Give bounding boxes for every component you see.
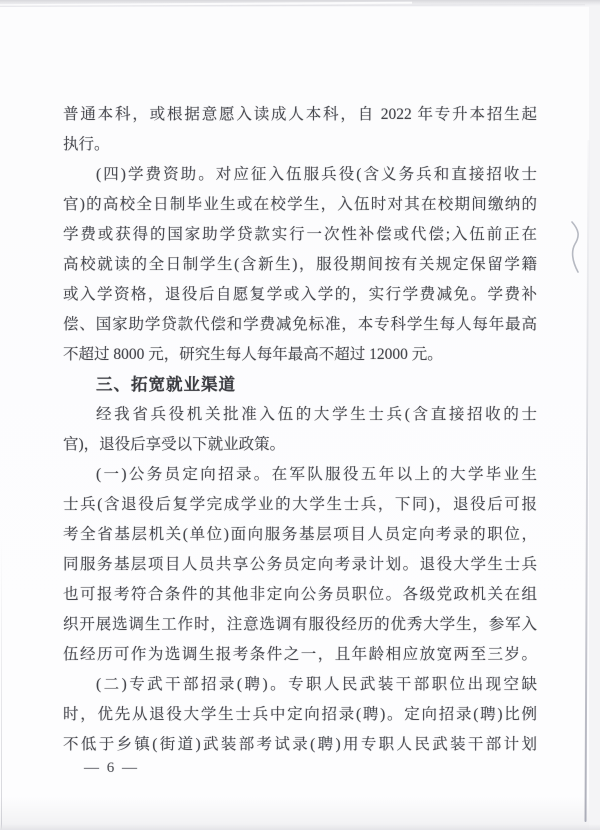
- document-line: 士兵(含退役后复学完成学业的大学生士兵，下同)，退役后可报: [63, 490, 537, 520]
- document-line: 普通本科，或根据意愿入读成人本科，自 2022 年专升本招生起: [63, 100, 537, 130]
- scan-bottom-edge: [0, 824, 600, 830]
- document-line: 偿、国家助学贷款代偿和学费减免标准，本专科学生每人每年最高: [63, 310, 537, 340]
- document-line: 时，优先从退役大学生士兵中定向招录(聘)。定向招录(聘)比例: [63, 700, 537, 730]
- scanned-document-page: 普通本科，或根据意愿入读成人本科，自 2022 年专升本招生起执行。(四)学费资…: [0, 0, 600, 830]
- document-line: 执行。: [63, 130, 537, 160]
- document-line: (一)公务员定向招录。在军队服役五年以上的大学毕业生: [63, 460, 537, 490]
- document-line: 考全省基层机关(单位)面向服务基层项目人员定向考录的职位，: [63, 520, 537, 550]
- page-left-edge-line: [1, 540, 2, 830]
- document-line: 官)，退役后享受以下就业政策。: [63, 430, 537, 460]
- scan-crease-mark: [570, 220, 584, 274]
- document-line: 同服务基层项目人员共享公务员定向考录计划。退役大学生士兵: [63, 550, 537, 580]
- page-right-margin: [589, 6, 600, 830]
- document-line: 高校就读的全日制学生(含新生)，服役期间按有关规定保留学籍: [63, 250, 537, 280]
- document-line: (四)学费资助。对应征入伍服兵役(含义务兵和直接招收士: [63, 160, 537, 190]
- document-line: 不超过 8000 元，研究生每人每年最高不超过 12000 元。: [63, 340, 537, 370]
- section-heading: 三、拓宽就业渠道: [63, 370, 537, 400]
- document-line: 经我省兵役机关批准入伍的大学生士兵(含直接招收的士: [63, 400, 537, 430]
- document-line: 伍经历可作为选调生报考条件之一，且年龄相应放宽两至三岁。: [63, 640, 537, 670]
- document-line: 官)的高校全日制毕业生或在校学生，入伍时对其在校期间缴纳的: [63, 190, 537, 220]
- document-line: (二)专武干部招录(聘)。专职人民武装干部职位出现空缺: [63, 670, 537, 700]
- document-line: 织开展选调生工作时，注意选调有服役经历的优秀大学生，参军入: [63, 610, 537, 640]
- page-number: — 6 —: [84, 760, 139, 777]
- document-line: 不低于乡镇(街道)武装部考试录(聘)用专职人民武装干部计划: [63, 730, 537, 760]
- document-line: 或入学资格，退役后自愿复学或入学的，实行学费减免。学费补: [63, 280, 537, 310]
- document-body: 普通本科，或根据意愿入读成人本科，自 2022 年专升本招生起执行。(四)学费资…: [63, 100, 537, 760]
- document-line: 也可报考符合条件的其他非定向公务员职位。各级党政机关在组: [63, 580, 537, 610]
- document-line: 学费或获得的国家助学贷款实行一次性补偿或代偿;入伍前正在: [63, 220, 537, 250]
